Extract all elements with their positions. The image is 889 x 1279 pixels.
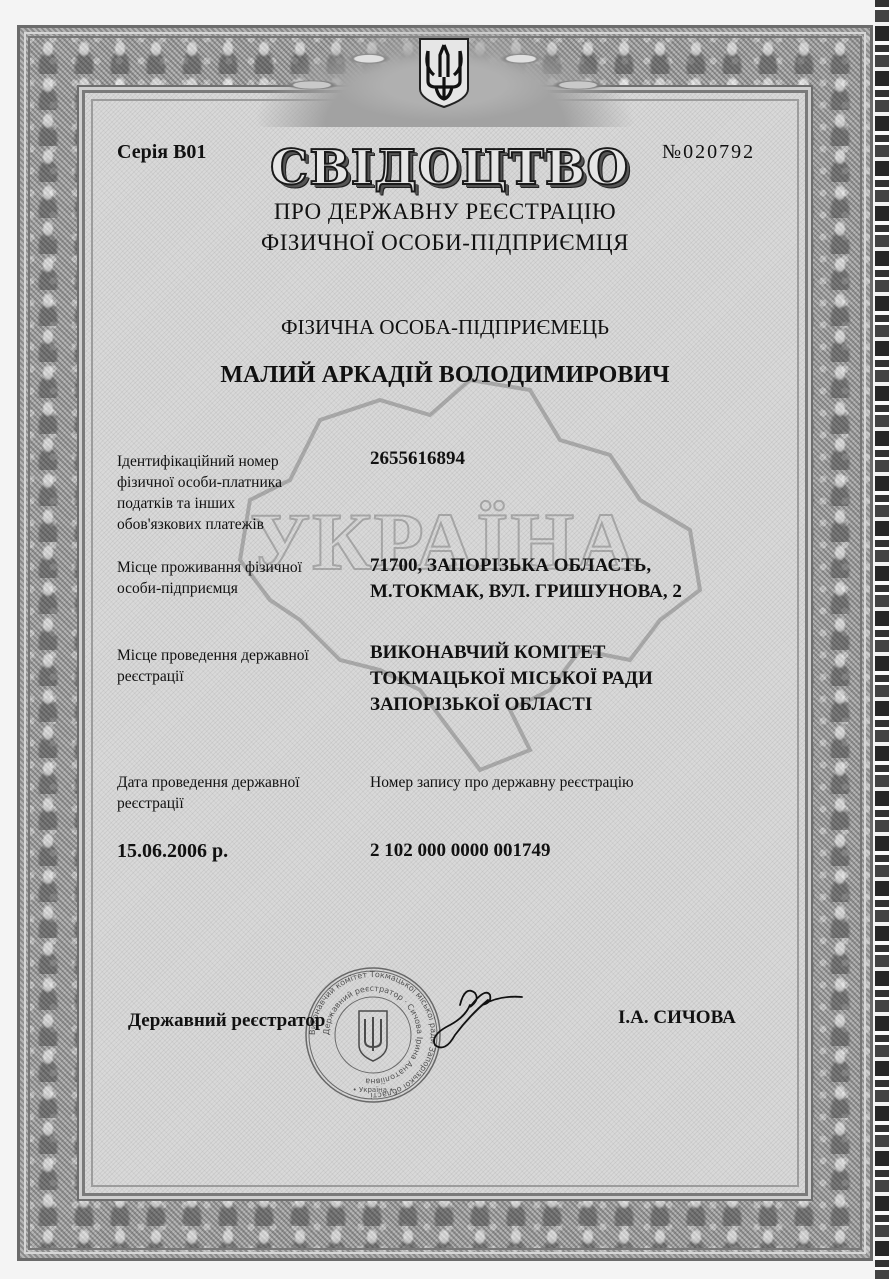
tax-id-value: 2655616894: [370, 446, 465, 472]
handwritten-signature: [430, 975, 525, 1055]
label-line: фізичної особи-платника: [117, 472, 347, 493]
registration-date-value: 15.06.2006 р.: [117, 838, 228, 864]
residence-value: 71700, ЗАПОРІЗЬКА ОБЛАСТЬ, М.ТОКМАК, ВУЛ…: [370, 553, 682, 605]
entity-type: ФІЗИЧНА ОСОБА-ПІДПРИЄМЕЦЬ: [150, 315, 740, 340]
certificate-title: СВІДОЦТВО: [270, 140, 615, 196]
label-line: реєстрації: [117, 793, 347, 814]
label-line: Ідентифікаційний номер: [117, 451, 347, 472]
person-name: МАЛИЙ АРКАДІЙ ВОЛОДИМИРОВИЧ: [150, 362, 740, 389]
label-line: Місце проживання фізичної: [117, 557, 347, 578]
value-line: ТОКМАЦЬКОЇ МІСЬКОЇ РАДИ: [370, 666, 653, 692]
label-line: податків та інших: [117, 493, 347, 514]
record-number-value: 2 102 000 0000 001749: [370, 838, 551, 864]
registrar-label: Державний реєстратор: [128, 1010, 325, 1032]
value-line: 2655616894: [370, 446, 465, 472]
label-line: реєстрації: [117, 666, 347, 687]
label-line: особи-підприємця: [117, 578, 347, 599]
registrar-name: І.А. СИЧОВА: [618, 1007, 736, 1029]
registration-date-label: Дата проведення державної реєстрації: [117, 772, 347, 814]
subtitle-line-1: ПРО ДЕРЖАВНУ РЕЄСТРАЦІЮ: [150, 199, 740, 225]
value-line: М.ТОКМАК, ВУЛ. ГРИШУНОВА, 2: [370, 579, 682, 605]
value-line: 71700, ЗАПОРІЗЬКА ОБЛАСТЬ,: [370, 553, 682, 579]
certificate-number: №020792: [662, 141, 755, 164]
registration-place-value: ВИКОНАВЧИЙ КОМІТЕТ ТОКМАЦЬКОЇ МІСЬКОЇ РА…: [370, 640, 653, 718]
residence-label: Місце проживання фізичної особи-підприєм…: [117, 557, 347, 599]
label-line: Місце проведення державної: [117, 645, 347, 666]
label-line: обов'язкових платежів: [117, 514, 347, 535]
label-line: Дата проведення державної: [117, 772, 347, 793]
series-label: Серія В01: [117, 141, 206, 164]
tax-id-label: Ідентифікаційний номер фізичної особи-пл…: [117, 451, 347, 535]
subtitle-line-2: ФІЗИЧНОЇ ОСОБИ-ПІДПРИЄМЦЯ: [150, 230, 740, 256]
registration-place-label: Місце проведення державної реєстрації: [117, 645, 347, 687]
record-number-label: Номер запису про державну реєстрацію: [370, 772, 634, 793]
value-line: ВИКОНАВЧИЙ КОМІТЕТ: [370, 640, 653, 666]
value-line: ЗАПОРІЗЬКОЇ ОБЛАСТІ: [370, 692, 653, 718]
